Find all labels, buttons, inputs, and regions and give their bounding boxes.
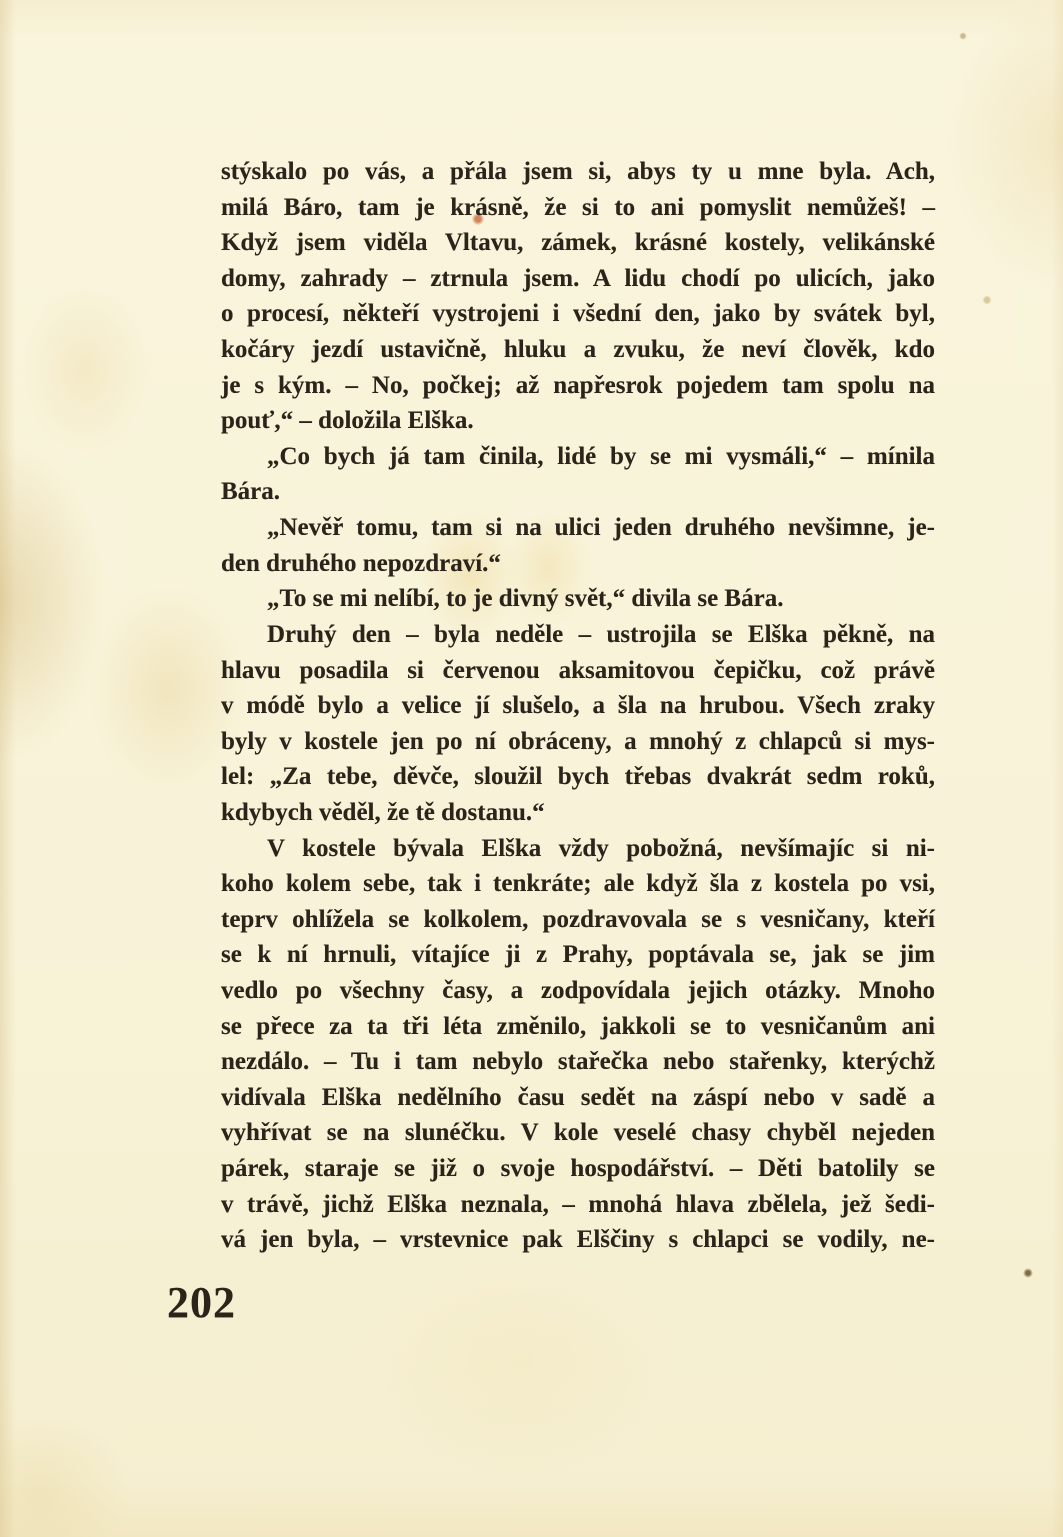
text-line: párek, staraje se již o svoje hospodářst… (221, 1151, 935, 1187)
text-line: pouť,“ – doložila Elška. (221, 403, 935, 439)
text-line: vá jen byla, – vrstevnice pak Elščiny s … (221, 1222, 935, 1258)
text-line: stýskalo po vás, a přála jsem si, abys t… (221, 154, 935, 190)
text-line: o procesí, někteří vystrojeni i všední d… (221, 296, 935, 332)
text-line: den druhého nepozdraví.“ (221, 546, 935, 582)
text-line: domy, zahrady – ztrnula jsem. A lidu cho… (221, 261, 935, 297)
text-line: „To se mi nelíbí, to je divný svět,“ div… (221, 581, 935, 617)
text-line: milá Báro, tam je krásně, že si to ani p… (221, 190, 935, 226)
text-line: v trávě, jichž Elška neznala, – mnohá hl… (221, 1187, 935, 1223)
text-line: Bára. (221, 474, 935, 510)
text-line: kdybych věděl, že tě dostanu.“ (221, 795, 935, 831)
text-block: stýskalo po vás, a přála jsem si, abys t… (221, 154, 935, 1258)
text-line: koho kolem sebe, tak i tenkráte; ale kdy… (221, 866, 935, 902)
text-line: vyhřívat se na slunéčku. V kole veselé c… (221, 1115, 935, 1151)
text-line: vedlo po všechny časy, a zodpovídala jej… (221, 973, 935, 1009)
text-line: lel: „Za tebe, děvče, sloužil bych třeba… (221, 759, 935, 795)
text-line: vidívala Elška nedělního času sedět na z… (221, 1080, 935, 1116)
text-line: kočáry jezdí ustavičně, hluku a zvuku, ž… (221, 332, 935, 368)
text-line: Druhý den – byla neděle – ustrojila se E… (221, 617, 935, 653)
text-line: se přece za ta tři léta změnilo, jakkoli… (221, 1009, 935, 1045)
text-line: teprv ohlížela se kolkolem, pozdravovala… (221, 902, 935, 938)
text-line: „Nevěř tomu, tam si na ulici jeden druhé… (221, 510, 935, 546)
text-line: „Co bych já tam činila, lidé by se mi vy… (221, 439, 935, 475)
book-page: stýskalo po vás, a přála jsem si, abys t… (0, 0, 1063, 1537)
text-line: je s kým. – No, počkej; až napřesrok poj… (221, 368, 935, 404)
text-line: hlavu posadila si červenou aksamitovou č… (221, 653, 935, 689)
text-line: byly v kostele jen po ní obráceny, a mno… (221, 724, 935, 760)
page-number: 202 (167, 1279, 236, 1327)
text-line: V kostele bývala Elška vždy pobožná, nev… (221, 831, 935, 867)
text-line: Když jsem viděla Vltavu, zámek, krásné k… (221, 225, 935, 261)
text-line: v módě bylo a velice jí slušelo, a šla n… (221, 688, 935, 724)
text-line: se k ní hrnuli, vítajíce ji z Prahy, pop… (221, 937, 935, 973)
text-line: nezdálo. – Tu i tam nebylo stařečka nebo… (221, 1044, 935, 1080)
